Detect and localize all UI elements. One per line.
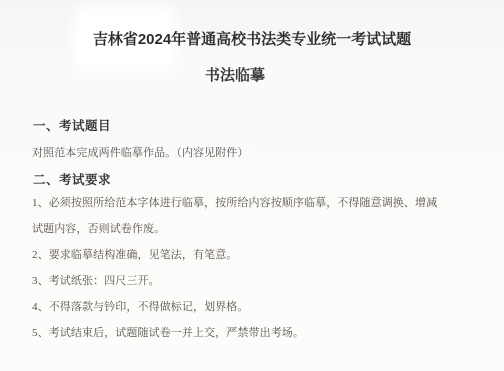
page-title: 吉林省2024年普通高校书法类专业统一考试试题: [0, 28, 504, 49]
section-heading-exam-topic: 一、考试题目: [33, 116, 111, 134]
requirement-item-4: 4、不得落款与钤印，不得做标记，划界格。: [32, 294, 446, 320]
requirements-list: 1、必须按照所给范本字体进行临摹，按所给内容按顺序临摹，不得随意调换、增减试题内…: [32, 190, 446, 346]
requirement-item-2: 2、要求临摹结构准确，见笔法，有笔意。: [32, 242, 446, 268]
page-subtitle: 书法临摹: [0, 64, 487, 85]
section-heading-exam-requirements: 二、考试要求: [33, 170, 111, 188]
requirement-item-1: 1、必须按照所给范本字体进行临摹，按所给内容按顺序临摹，不得随意调换、增减试题内…: [32, 190, 446, 242]
requirement-item-3: 3、考试纸张：四尺三开。: [32, 268, 446, 294]
requirement-item-5: 5、考试结束后，试题随试卷一并上交，严禁带出考场。: [32, 320, 446, 346]
exam-topic-text: 对照范本完成两件临摹作品。（内容见附件）: [32, 144, 249, 160]
exam-document-page: 吉林省2024年普通高校书法类专业统一考试试题 书法临摹 一、考试题目 对照范本…: [0, 0, 504, 371]
